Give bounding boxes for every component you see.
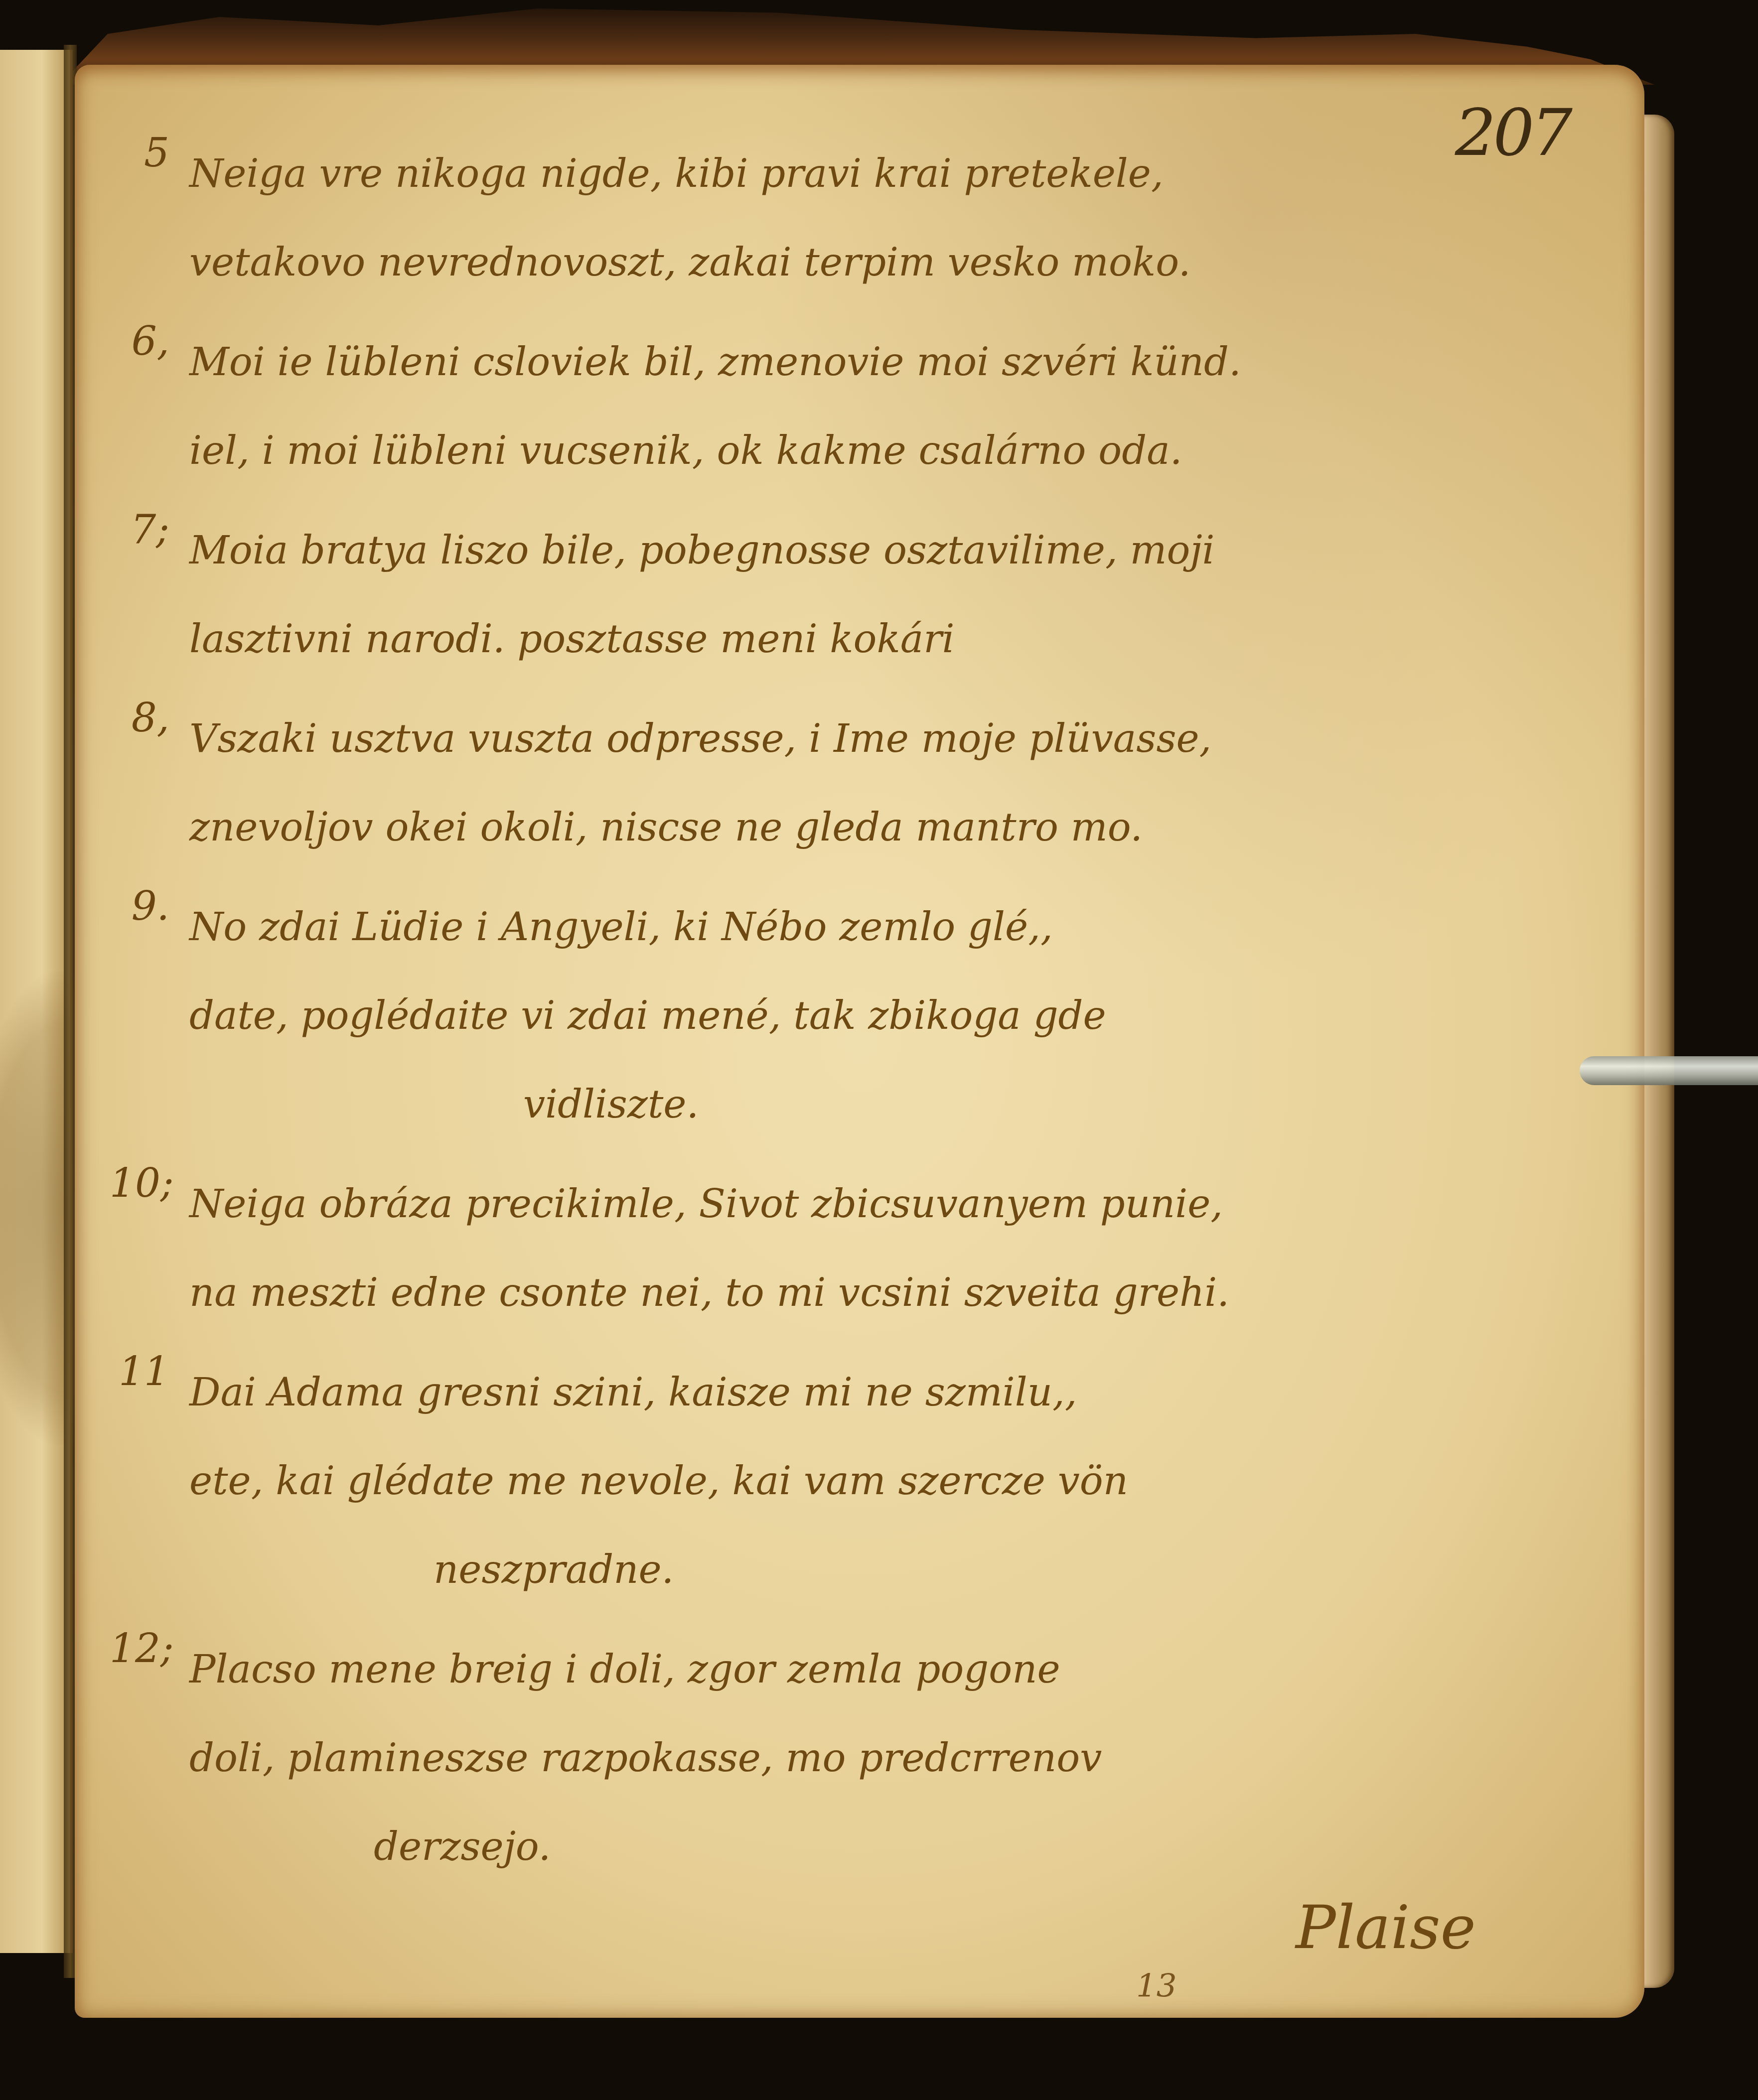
verse-line: ete, kai glédate me nevole, kai vam szer…: [174, 1437, 1629, 1526]
verse-line: doli, plamineszse razpokasse, mo predcrr…: [174, 1714, 1629, 1803]
verse: 12; Placso mene breig i doli, zgor zemla…: [174, 1625, 1629, 1891]
verse-line: lasztivni narodi. posztasse meni kokári: [174, 595, 1629, 684]
verse-line: vetakovo nevrednovoszt, zakai terpim ves…: [174, 218, 1629, 307]
verse-line: Neiga obráza precikimle, Sivot zbicsuvan…: [174, 1160, 1629, 1249]
verse-number: 10;: [110, 1160, 169, 1206]
verse-line: na meszti edne csonte nei, to mi vcsini …: [174, 1249, 1629, 1337]
verse-line: date, poglédaite vi zdai mené, tak zbiko…: [174, 972, 1629, 1060]
glass-page-weight-rod: [1580, 1056, 1758, 1085]
verse-number: 8,: [110, 695, 169, 741]
verse-number: 6,: [110, 318, 169, 364]
verse-number: 9.: [110, 883, 169, 929]
verse-line: Moi ie lübleni csloviek bil, zmenovie mo…: [174, 318, 1629, 407]
verse-line: Vszaki usztva vuszta odpresse, i Ime moj…: [174, 695, 1629, 783]
verse: 10; Neiga obráza precikimle, Sivot zbics…: [174, 1160, 1629, 1337]
verse-line: derzsejo.: [174, 1803, 1629, 1891]
verse-number: 5: [110, 130, 169, 176]
verse-number: 7;: [110, 506, 169, 553]
verse-line: vidliszte.: [174, 1060, 1629, 1149]
verse-line: neszpradne.: [174, 1526, 1629, 1614]
verse: 11 Dai Adama gresni szini, kaisze mi ne …: [174, 1348, 1629, 1614]
manuscript-text: 5 Neiga vre nikoga nigde, kibi pravi kra…: [174, 130, 1629, 1902]
verse: 9. No zdai Lüdie i Angyeli, ki Nébo zeml…: [174, 883, 1629, 1149]
verse: 6, Moi ie lübleni csloviek bil, zmenovie…: [174, 318, 1629, 495]
verse-number: 11: [110, 1348, 169, 1395]
verse-line: Placso mene breig i doli, zgor zemla pog…: [174, 1625, 1629, 1714]
catchword: Plaise: [1296, 1893, 1476, 1962]
verse-line: Dai Adama gresni szini, kaisze mi ne szm…: [174, 1348, 1629, 1437]
bottom-mark: 13: [1136, 1968, 1176, 2005]
verse-line: znevoljov okei okoli, niscse ne gleda ma…: [174, 783, 1629, 872]
verse: 5 Neiga vre nikoga nigde, kibi pravi kra…: [174, 130, 1629, 307]
verse-line: Moia bratya liszo bile, pobegnosse oszta…: [174, 506, 1629, 595]
verse-number: 12;: [110, 1625, 169, 1672]
verse-line: Neiga vre nikoga nigde, kibi pravi krai …: [174, 130, 1629, 218]
manuscript-page: 207 5 Neiga vre nikoga nigde, kibi pravi…: [75, 65, 1644, 2018]
verse-line: iel, i moi lübleni vucsenik, ok kakme cs…: [174, 407, 1629, 495]
verse: 8, Vszaki usztva vuszta odpresse, i Ime …: [174, 695, 1629, 872]
verse: 7; Moia bratya liszo bile, pobegnosse os…: [174, 506, 1629, 684]
verse-line: No zdai Lüdie i Angyeli, ki Nébo zemlo g…: [174, 883, 1629, 972]
